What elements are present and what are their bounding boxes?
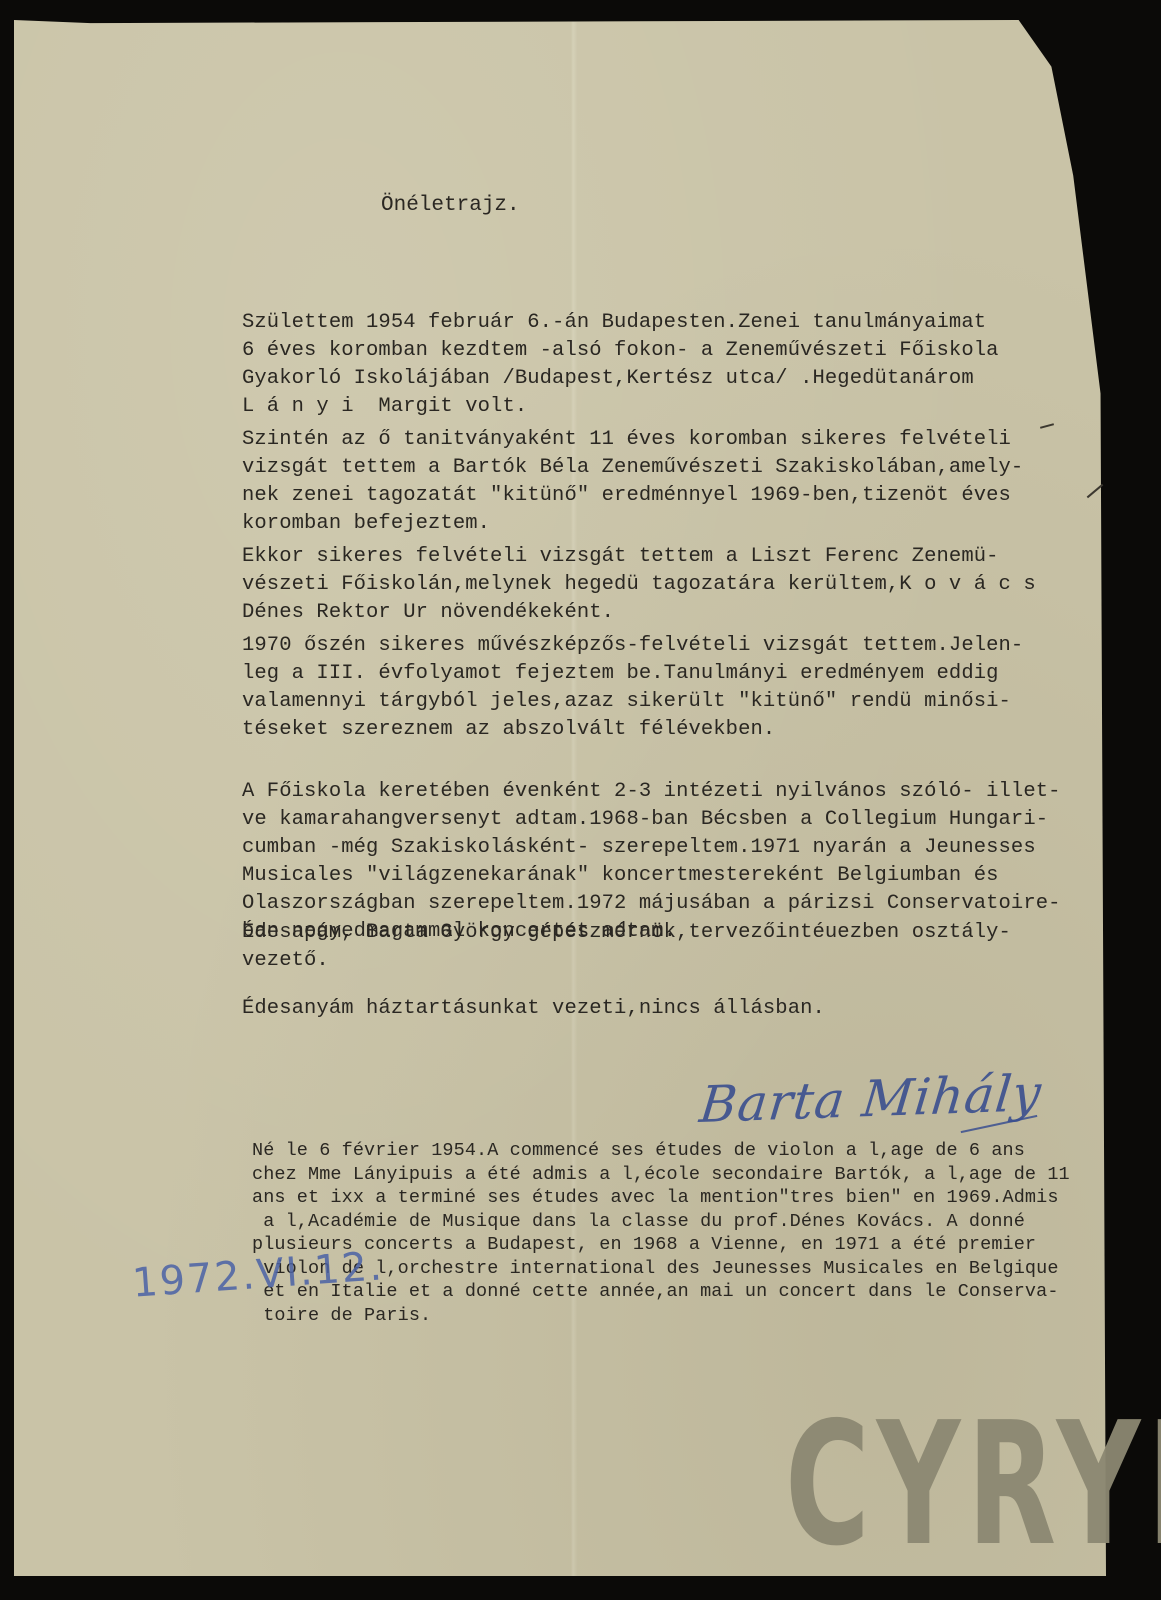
french-summary: Né le 6 février 1954.A commencé ses étud… (252, 1139, 1070, 1327)
paragraph-academic-results: 1970 őszén sikeres művészképzős-felvétel… (242, 632, 1023, 744)
paragraph-liszt-academy: Ekkor sikeres felvételi vizsgát tettem a… (242, 543, 1036, 627)
document-title: Önéletrajz. (381, 192, 520, 220)
archive-watermark-logo: CYRYL (785, 1410, 1161, 1560)
paragraph-secondary-school: Szintén az ő tanitványaként 11 éves koro… (242, 426, 1023, 538)
paragraph-mother: Édesanyám háztartásunkat vezeti,nincs ál… (242, 995, 825, 1023)
paragraph-birth-early-studies: Születtem 1954 február 6.-án Budapesten.… (242, 309, 999, 421)
paragraph-father: Édesapám, Barta György gépészmérnök,terv… (242, 919, 1011, 975)
